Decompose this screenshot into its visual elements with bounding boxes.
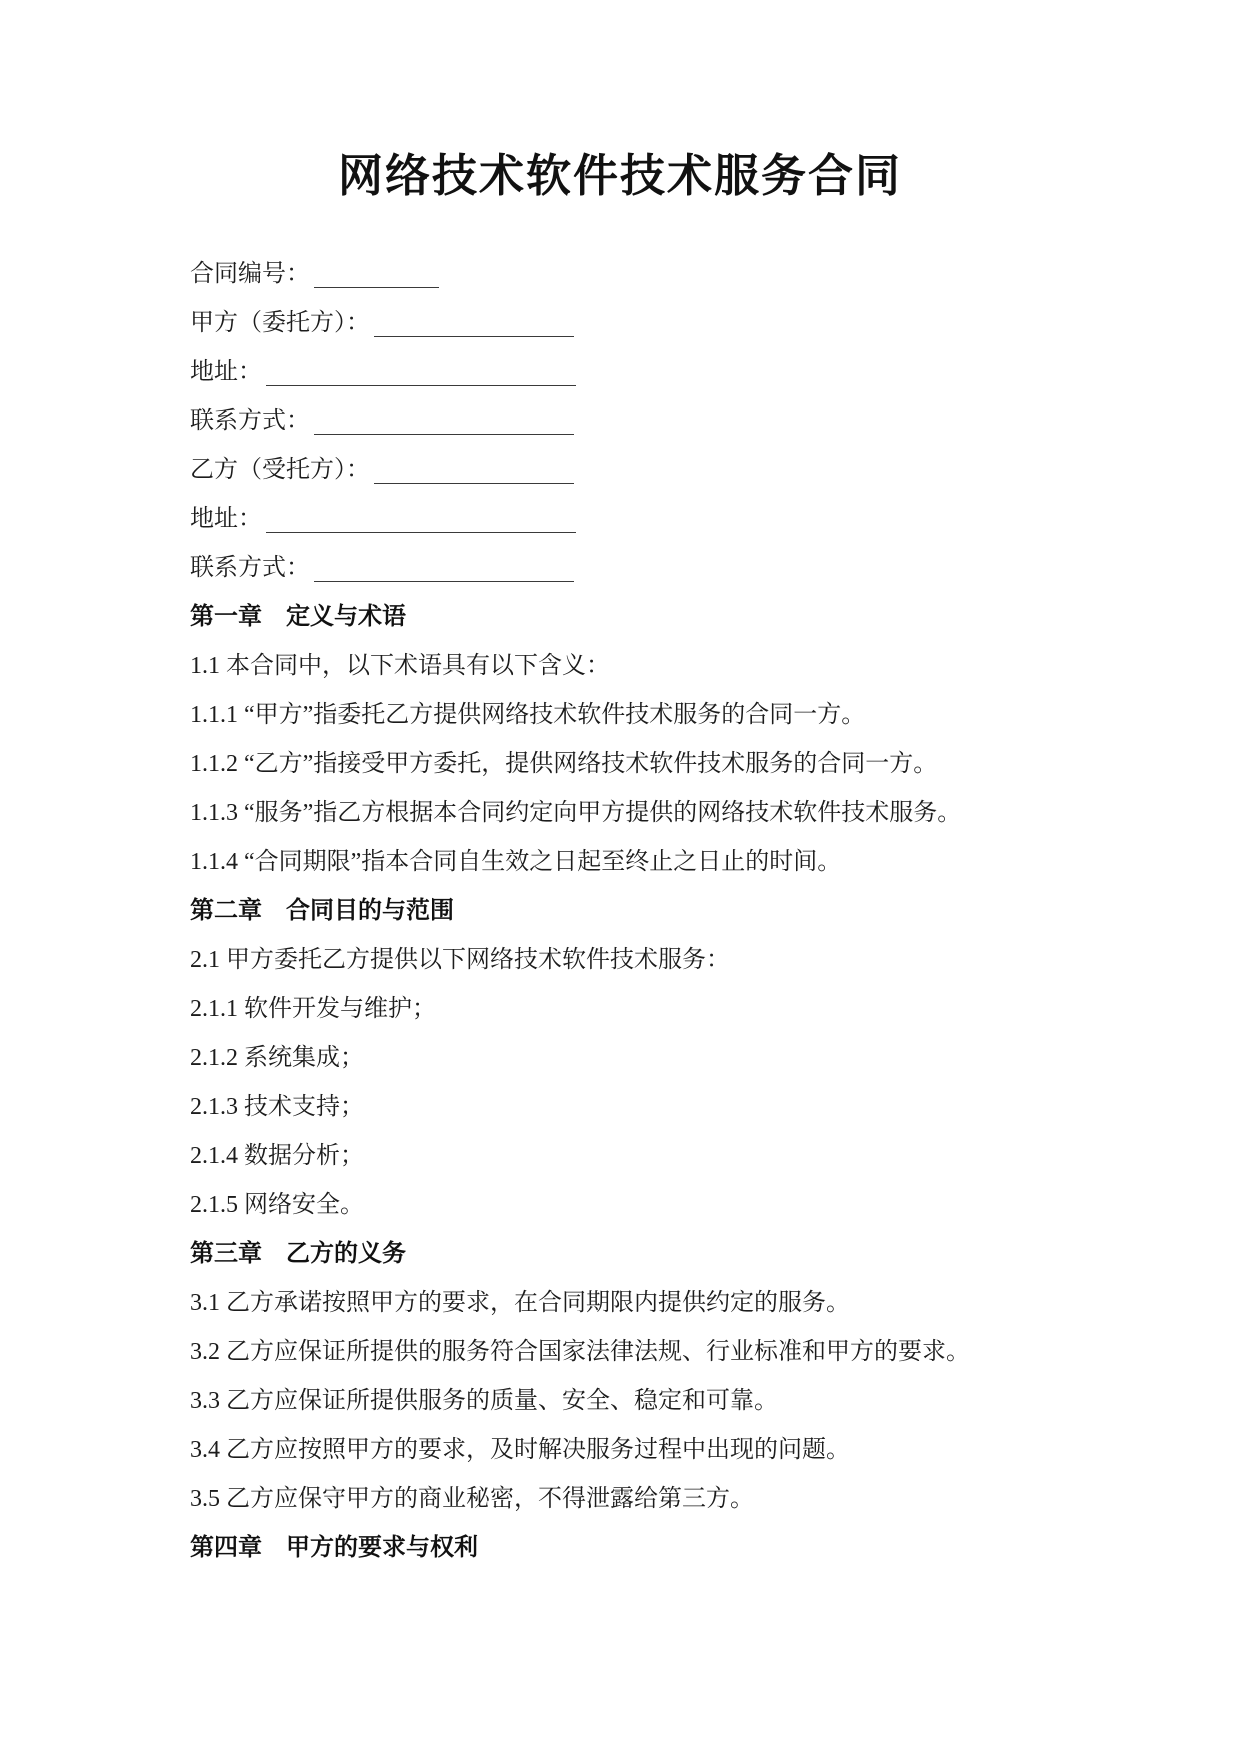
party-a-address-label: 地址： (190, 359, 262, 385)
field-row-party-a-address: 地址： (190, 357, 1050, 387)
clause-2-1: 2.1 甲方委托乙方提供以下网络技术软件技术服务： (190, 945, 1050, 975)
field-row-party-b-contact: 联系方式： (190, 553, 1050, 583)
clause-3-3: 3.3 乙方应保证所提供服务的质量、安全、稳定和可靠。 (190, 1386, 1050, 1416)
contract-document-page: 网络技术软件技术服务合同 合同编号： 甲方（委托方）： 地址： 联系方式： 乙方… (0, 0, 1240, 1753)
party-b-contact-blank (314, 553, 574, 582)
clause-3-2: 3.2 乙方应保证所提供的服务符合国家法律法规、行业标准和甲方的要求。 (190, 1337, 1050, 1367)
party-a-label: 甲方（委托方）： (190, 310, 370, 336)
section-1-heading: 第一章 定义与术语 (190, 602, 1050, 632)
party-b-label: 乙方（受托方）： (190, 457, 370, 483)
field-row-party-b: 乙方（受托方）： (190, 455, 1050, 485)
clause-1-1-2: 1.1.2 “乙方”指接受甲方委托，提供网络技术软件技术服务的合同一方。 (190, 749, 1050, 779)
clause-3-5: 3.5 乙方应保守甲方的商业秘密，不得泄露给第三方。 (190, 1484, 1050, 1514)
clause-2-1-4: 2.1.4 数据分析； (190, 1141, 1050, 1171)
party-a-contact-blank (314, 406, 574, 435)
party-b-address-label: 地址： (190, 506, 262, 532)
clause-2-1-5: 2.1.5 网络安全。 (190, 1190, 1050, 1220)
contract-number-label: 合同编号： (190, 261, 310, 287)
party-b-blank (374, 455, 574, 484)
contract-number-blank (314, 259, 439, 288)
clause-2-1-1: 2.1.1 软件开发与维护； (190, 994, 1050, 1024)
clause-1-1-4: 1.1.4 “合同期限”指本合同自生效之日起至终止之日止的时间。 (190, 847, 1050, 877)
clause-3-4: 3.4 乙方应按照甲方的要求，及时解决服务过程中出现的问题。 (190, 1435, 1050, 1465)
party-a-contact-label: 联系方式： (190, 408, 310, 434)
section-3-heading: 第三章 乙方的义务 (190, 1239, 1050, 1269)
contract-title: 网络技术软件技术服务合同 (190, 150, 1050, 202)
party-b-address-blank (266, 504, 576, 533)
field-row-contract-number: 合同编号： (190, 259, 1050, 289)
section-2-heading: 第二章 合同目的与范围 (190, 896, 1050, 926)
clause-1-1-3: 1.1.3 “服务”指乙方根据本合同约定向甲方提供的网络技术软件技术服务。 (190, 798, 1050, 828)
field-row-party-a-contact: 联系方式： (190, 406, 1050, 436)
party-a-address-blank (266, 357, 576, 386)
clause-2-1-2: 2.1.2 系统集成； (190, 1043, 1050, 1073)
clause-1-1-1: 1.1.1 “甲方”指委托乙方提供网络技术软件技术服务的合同一方。 (190, 700, 1050, 730)
clause-2-1-3: 2.1.3 技术支持； (190, 1092, 1050, 1122)
field-row-party-a: 甲方（委托方）： (190, 308, 1050, 338)
clause-1-1: 1.1 本合同中，以下术语具有以下含义： (190, 651, 1050, 681)
section-4-heading: 第四章 甲方的要求与权利 (190, 1533, 1050, 1563)
party-b-contact-label: 联系方式： (190, 555, 310, 581)
party-a-blank (374, 308, 574, 337)
field-row-party-b-address: 地址： (190, 504, 1050, 534)
clause-3-1: 3.1 乙方承诺按照甲方的要求，在合同期限内提供约定的服务。 (190, 1288, 1050, 1318)
